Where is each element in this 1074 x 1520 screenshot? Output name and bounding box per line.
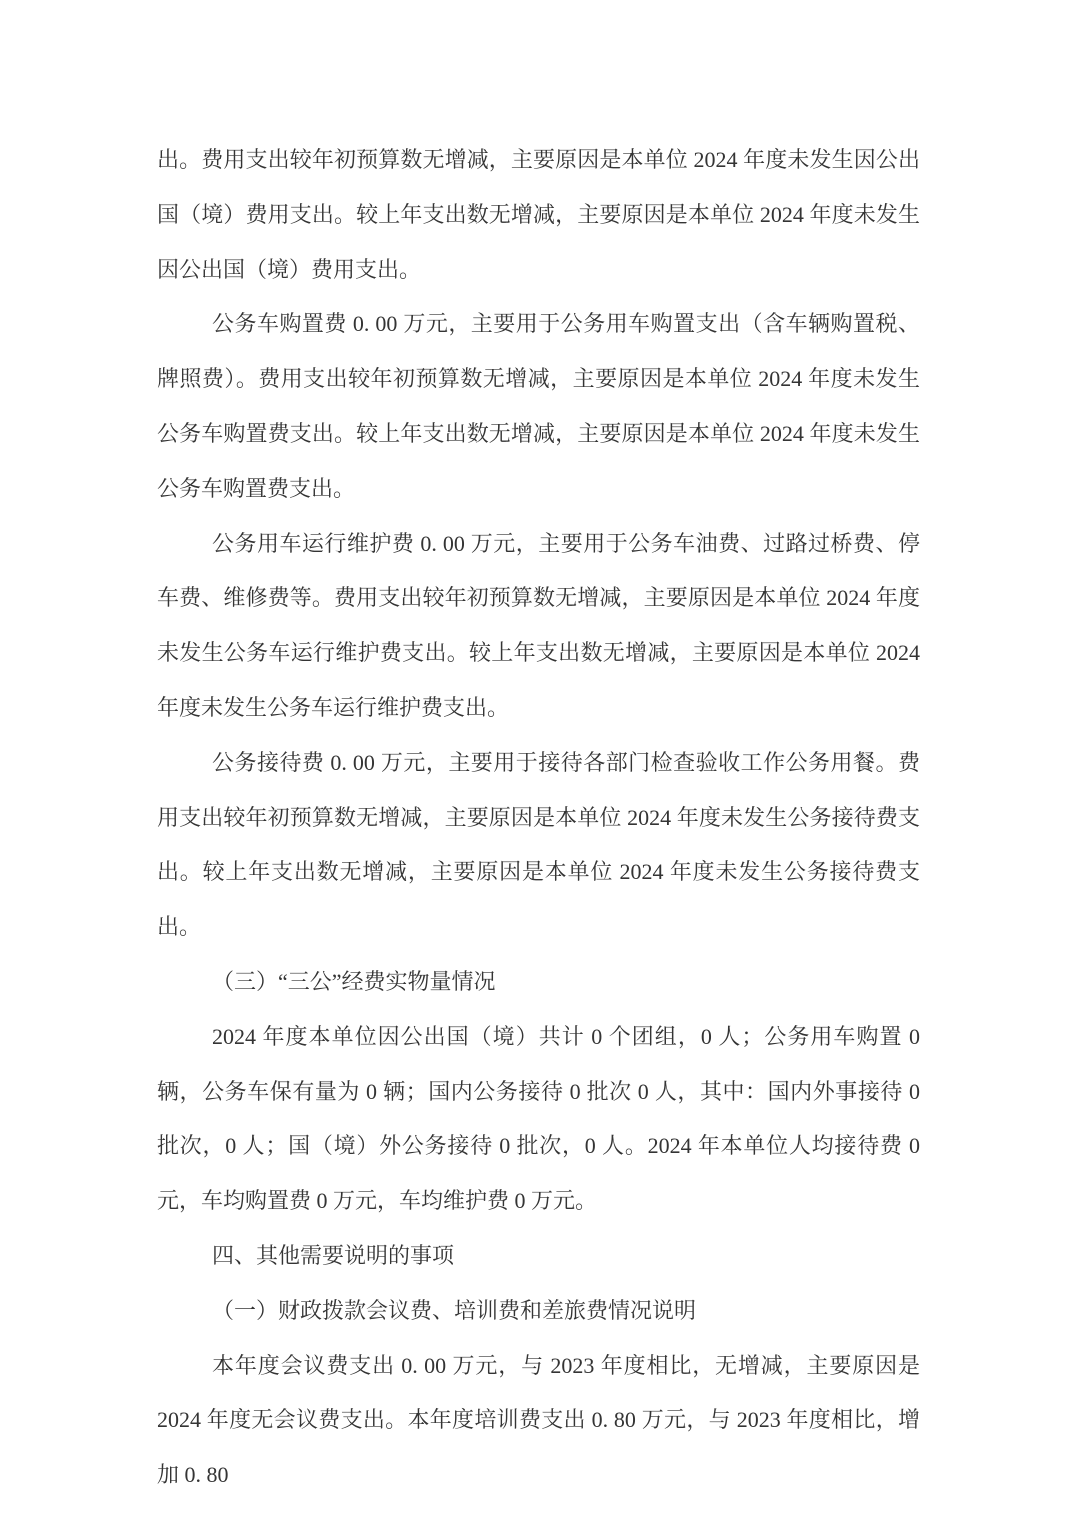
heading-other-matters: 四、其他需要说明的事项 — [157, 1229, 920, 1284]
para-meeting-training-fee-detail: 本年度会议费支出 0. 00 万元，与 2023 年度相比，无增减，主要原因是 … — [157, 1339, 920, 1503]
para-official-reception-fee: 公务接待费 0. 00 万元，主要用于接待各部门检查验收工作公务用餐。费用支出较… — [157, 736, 920, 955]
document-body: 出。费用支出较年初预算数无增减，主要原因是本单位 2024 年度未发生因公出国（… — [157, 133, 920, 1503]
para-overseas-travel-continued: 出。费用支出较年初预算数无增减，主要原因是本单位 2024 年度未发生因公出国（… — [157, 133, 920, 297]
para-physical-quantity-detail: 2024 年度本单位因公出国（境）共计 0 个团组，0 人；公务用车购置 0 辆… — [157, 1010, 920, 1229]
document-page: 出。费用支出较年初预算数无增减，主要原因是本单位 2024 年度未发生因公出国（… — [0, 0, 1074, 1520]
heading-meeting-training-travel-fee: （一）财政拨款会议费、培训费和差旅费情况说明 — [157, 1284, 920, 1339]
para-official-car-purchase-fee: 公务车购置费 0. 00 万元，主要用于公务用车购置支出（含车辆购置税、牌照费）… — [157, 297, 920, 516]
para-official-car-operation-fee: 公务用车运行维护费 0. 00 万元，主要用于公务车油费、过路过桥费、停车费、维… — [157, 517, 920, 736]
heading-three-public-physical-quantity: （三）“三公”经费实物量情况 — [157, 955, 920, 1010]
